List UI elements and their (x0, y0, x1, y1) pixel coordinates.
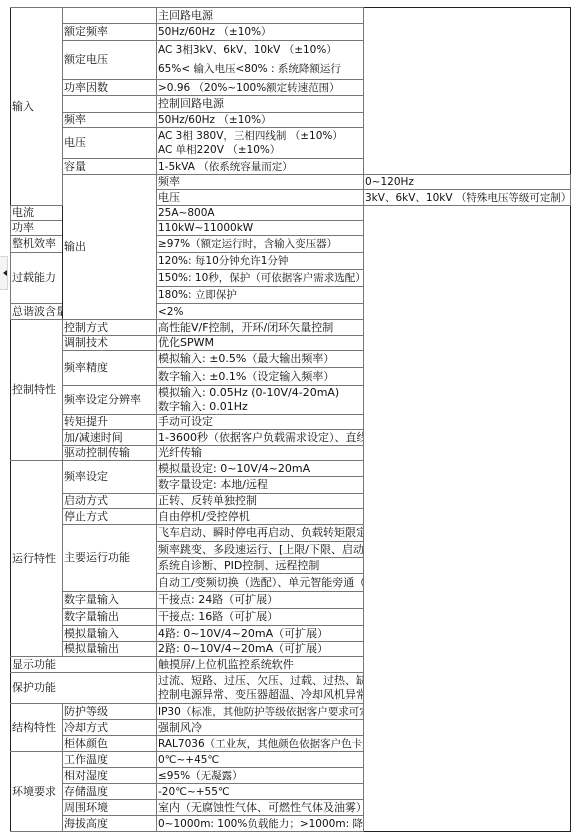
spec-value: -20℃~+55℃ (157, 784, 364, 800)
spec-value: RAL7036（工业灰，其他颜色依据客户色卡定制） (157, 736, 364, 752)
group-structure: 结构特性 (11, 704, 63, 752)
param-label: 周围环境 (63, 800, 157, 816)
spec-value: 150%: 10秒，保护（可依据客户需求选配） (157, 270, 364, 287)
spec-value-line: 65%< 输入电压<80% : 系统降额运行 (157, 60, 363, 79)
param-label: 总谐波含量 (11, 304, 63, 320)
spec-value-line: 控制电源异常、变压器超温、冷却风机异常、门禁故障等 (157, 688, 363, 702)
param-label: 驱动控制传输 (63, 446, 157, 461)
spec-value: 触摸屏/上位机监控系统软件 (157, 657, 364, 673)
spec-value: 1-3600秒（依据客户负载需求设定）、直线/S曲线加减速模式 (157, 430, 364, 446)
param-label: 模拟量输出 (63, 642, 157, 657)
group-operation: 运行特性 (11, 461, 63, 657)
spec-value: 优化SPWM (157, 336, 364, 351)
spec-value: 室内（无腐蚀性气体、可燃性气体及油雾） (157, 800, 364, 816)
param-label: 主要运行功能 (63, 525, 157, 592)
spec-value-line: AC 3相 380V，三相四线制 （±10%） (158, 129, 362, 143)
spec-value: 自由停机/受控停机 (157, 509, 364, 525)
param-label: 频率设定 (63, 461, 157, 494)
spec-value: 模拟输入: 0.05Hz (0-10V/4-20mA) 数字输入: 0.01Hz (157, 386, 364, 415)
spec-value: 25A~800A (157, 206, 364, 221)
param-label: 数字量输出 (63, 609, 157, 626)
spec-value: 4路: 0~10V/4~20mA（可扩展） (157, 626, 364, 642)
param-label: 数字量输入 (63, 592, 157, 609)
param-label: 控制方式 (63, 320, 157, 336)
param-label: 防护等级 (63, 704, 157, 720)
param-label: 容量 (63, 159, 157, 175)
spec-value: AC 3相 380V，三相四线制 （±10%） AC 单相220V （±10%） (157, 128, 364, 159)
param-label: 加/减速时间 (63, 430, 157, 446)
spec-value-line: 过流、短路、过压、欠压、过载、过热、缺相、接地、通讯、应答 (158, 674, 362, 688)
spec-value: 系统自诊断、PID控制、远程控制 (157, 558, 364, 574)
spec-value: 120%: 每10分钟允许1分钟 (157, 253, 364, 270)
spec-value-line: 模拟输入: 0.05Hz (0-10V/4-20mA) (158, 386, 362, 400)
param-label: 柜体颜色 (63, 736, 157, 752)
spec-value: 自动工/变频切换（选配）、单元智能旁通（选配）、制动功能（选配） (157, 574, 364, 592)
spec-value: 模拟量设定: 0~10V/4~20mA (157, 461, 364, 477)
spec-table: 输入 主回路电源 额定频率 50Hz/60Hz （±10%） 额定电压 AC 3… (10, 7, 571, 832)
spec-value: 50Hz/60Hz （±10%） (157, 113, 364, 128)
spec-value: 主回路电源 (157, 8, 364, 24)
spec-value: 强制风冷 (157, 720, 364, 736)
spec-value: 干接点: 16路（可扩展） (157, 609, 364, 626)
spec-value: 高性能V/F控制，开环/闭环矢量控制 (157, 320, 364, 336)
group-control: 控制特性 (11, 320, 63, 461)
group-input: 输入 (11, 8, 63, 206)
spec-value: 50Hz/60Hz （±10%） (157, 24, 364, 41)
spec-value: IP30（标准，其他防护等级依据客户要求可定制） (157, 704, 364, 720)
group-protection: 保护功能 (11, 673, 157, 704)
spec-value: 正转、反转单独控制 (157, 494, 364, 509)
spec-value: ≥97%（额定运行时，含输入变压器） (157, 236, 364, 253)
spec-value: 控制回路电源 (157, 96, 364, 113)
spec-value: 过流、短路、过压、欠压、过载、过热、缺相、接地、通讯、应答 控制电源异常、变压器… (157, 673, 364, 704)
param-label: 频率精度 (63, 351, 157, 386)
spec-value: <2% (157, 304, 364, 320)
param-label: 电流 (11, 206, 63, 221)
spec-value: 0~1000m: 100%负载能力；>1000m: 降额运行 (157, 816, 364, 832)
spec-table-container: 输入 主回路电源 额定频率 50Hz/60Hz （±10%） 额定电压 AC 3… (10, 7, 571, 831)
param-label: 冷却方式 (63, 720, 157, 736)
spec-value: 3kV、6kV、10kV （特殊电压等级可定制） (364, 190, 571, 206)
param-label: 电压 (63, 128, 157, 159)
param-label: 存储温度 (63, 784, 157, 800)
param-label: 额定电压 (63, 41, 157, 80)
group-environment: 环境要求 (11, 752, 63, 832)
spec-value-line: 数字输入: 0.01Hz (157, 400, 363, 414)
param-label: 频率 (157, 175, 364, 190)
param-label: 停止方式 (63, 509, 157, 525)
param-label: 功率 (11, 221, 63, 236)
param-label: 额定频率 (63, 24, 157, 41)
spec-value: 干接点: 24路（可扩展） (157, 592, 364, 609)
spec-value: 手动可设定 (157, 415, 364, 430)
param-label: 启动方式 (63, 494, 157, 509)
spec-value: 飞车启动、瞬时停电再启动、负载转矩限定 (157, 525, 364, 542)
param-label: 调制技术 (63, 336, 157, 351)
param-label: 海拔高度 (63, 816, 157, 832)
param-label: 模拟量输入 (63, 626, 157, 642)
spec-value: 光纤传输 (157, 446, 364, 461)
param-label: 过载能力 (11, 253, 63, 304)
group-display: 显示功能 (11, 657, 157, 673)
param-label: 转矩提升 (63, 415, 157, 430)
group-output: 输出 (63, 175, 157, 320)
param-label: 整机效率 (11, 236, 63, 253)
spec-value: 110kW~11000kW (157, 221, 364, 236)
spec-value: 频率跳变、多段速运行、[上限/下限、启动/停止]频率设定 (157, 542, 364, 558)
spec-value: 1-5kVA （依系统容量而定） (157, 159, 364, 175)
spec-value: 0~120Hz (364, 175, 571, 190)
spec-value: AC 3相3kV、6kV、10kV （±10%） 65%< 输入电压<80% :… (157, 41, 364, 80)
spec-value: 模拟输入: ±0.5%（最大输出频率） (157, 351, 364, 368)
spec-value: 0℃~+45℃ (157, 752, 364, 768)
spec-value: 数字量设定: 本地/远程 (157, 477, 364, 494)
spec-value: 180%: 立即保护 (157, 287, 364, 304)
spec-value: >0.96 （20%~100%额定转速范围） (157, 80, 364, 96)
param-label: 电压 (157, 190, 364, 206)
param-label: 频率 (63, 113, 157, 128)
param-label: 相对湿度 (63, 768, 157, 784)
spec-value: 数字输入: ±0.1%（设定输入频率） (157, 368, 364, 386)
spec-value: 2路: 0~10V/4~20mA（可扩展） (157, 642, 364, 657)
param-label (63, 96, 157, 113)
param-label: 工作温度 (63, 752, 157, 768)
spec-value-line: AC 单相220V （±10%） (157, 143, 363, 157)
param-label (63, 8, 157, 24)
scroll-arrow-icon[interactable] (0, 256, 8, 290)
param-label: 功率因数 (63, 80, 157, 96)
spec-value-line: AC 3相3kV、6kV、10kV （±10%） (158, 41, 362, 60)
spec-value: ≤95%（无凝露） (157, 768, 364, 784)
param-label: 频率设定分辨率 (63, 386, 157, 415)
